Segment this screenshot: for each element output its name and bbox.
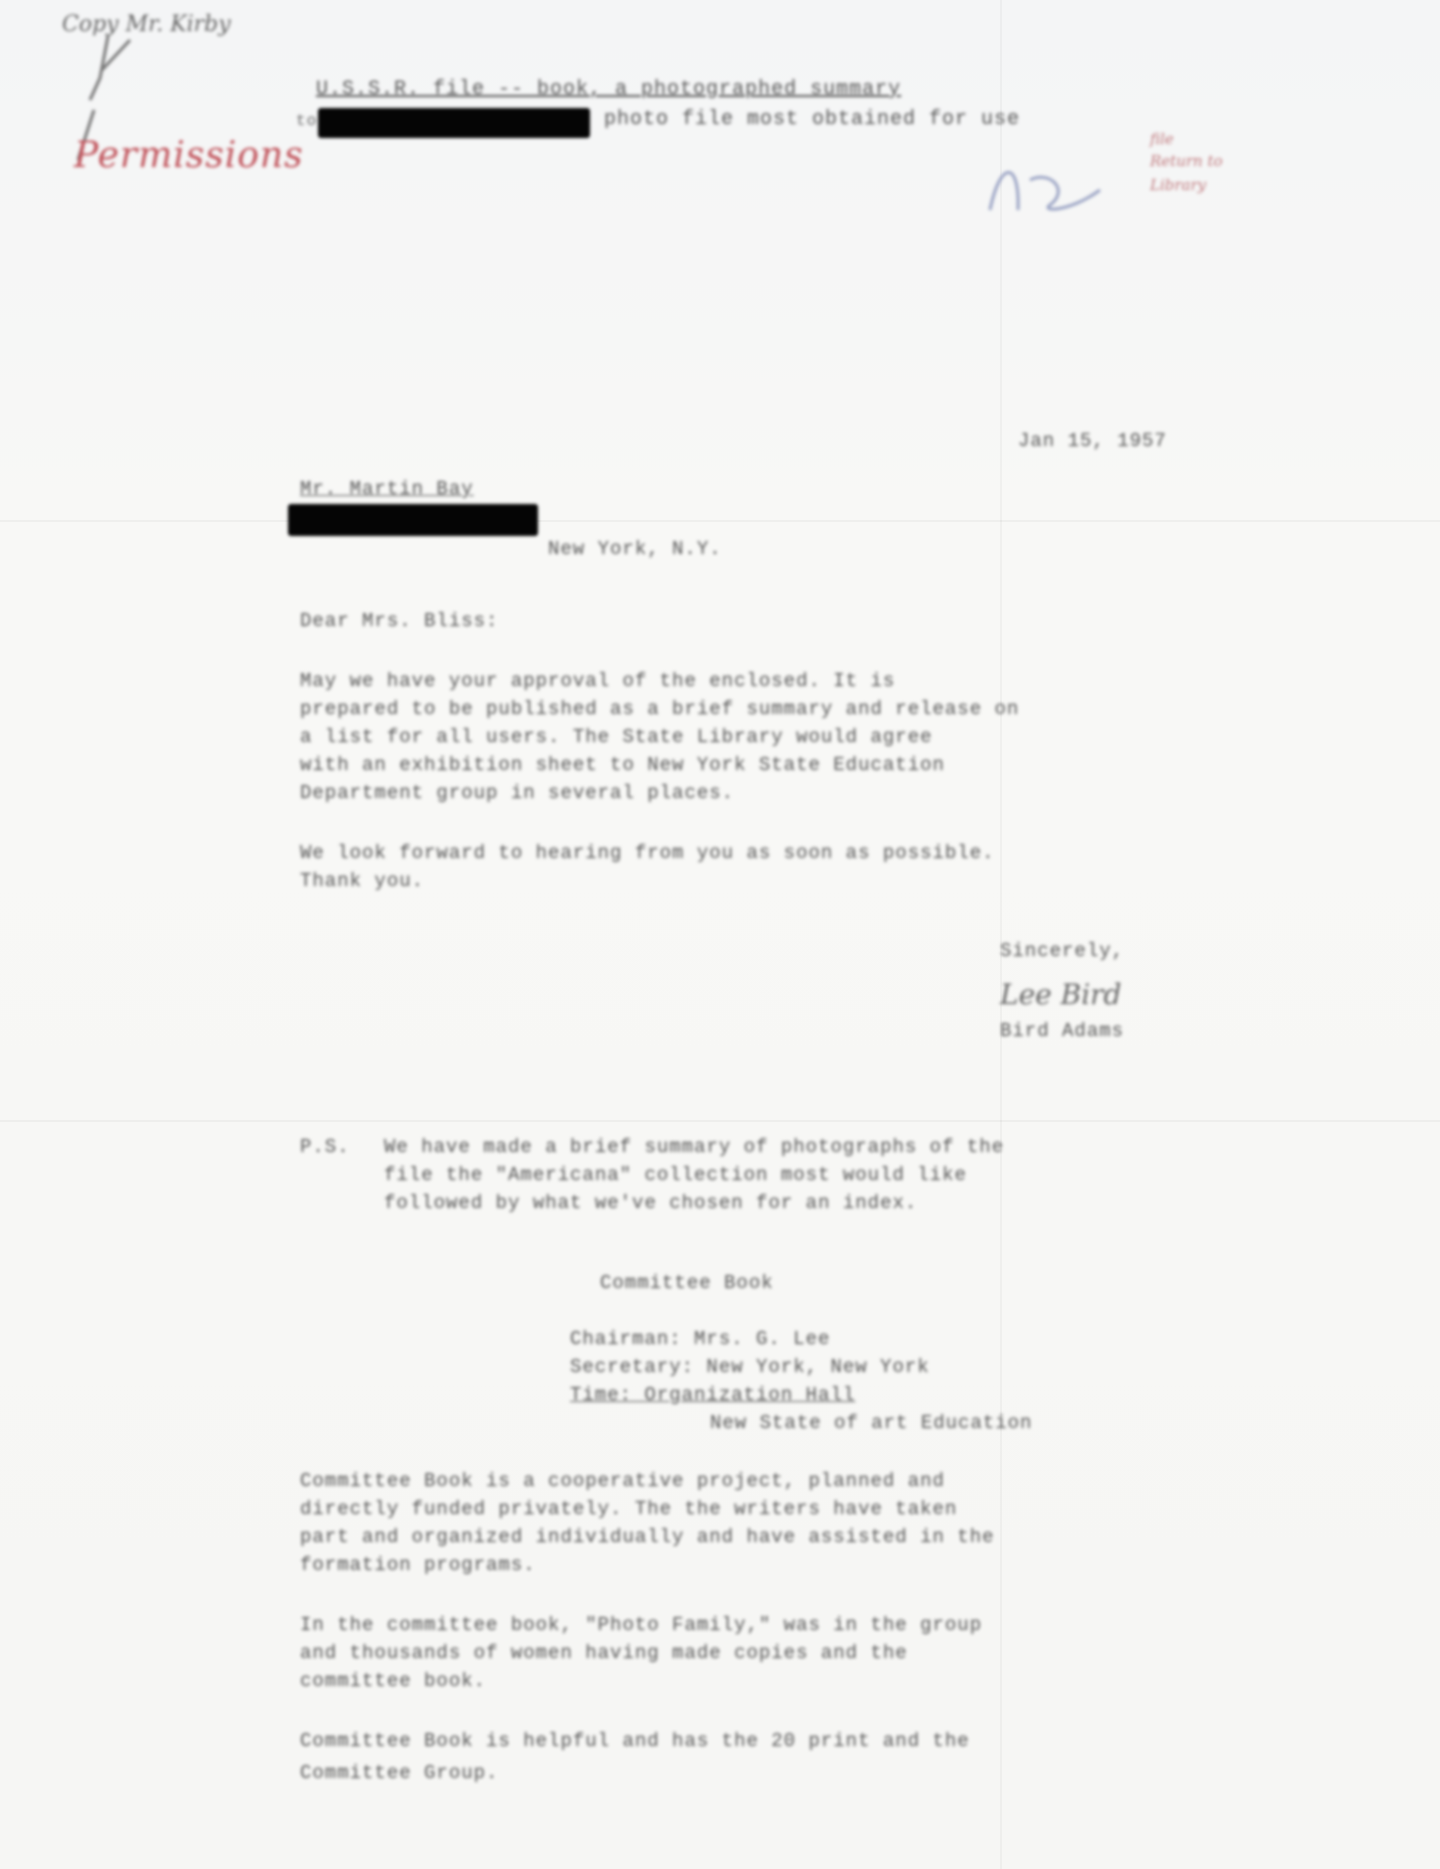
red-note-right-1: file (1150, 130, 1174, 148)
handwritten-initials (980, 150, 1120, 230)
signature: Lee Bird (1000, 978, 1121, 1011)
postscript-line: We have made a brief summary of photogra… (384, 1136, 1004, 1158)
ps-body-line: Committee Book is helpful and has the 20… (300, 1730, 970, 1752)
postscript-label: P.S. (300, 1136, 350, 1158)
block-line: New State of art Education (710, 1412, 1032, 1434)
recipient-address: New York, N.Y. (548, 538, 722, 560)
block-line: Secretary: New York, New York (570, 1356, 930, 1378)
closing: Sincerely, (1000, 940, 1124, 962)
redaction-bar (288, 504, 538, 536)
postscript-line: followed by what we've chosen for an ind… (384, 1192, 917, 1214)
red-handwritten-note: Permissions (74, 135, 304, 176)
signer-name: Bird Adams (1000, 1020, 1124, 1042)
ps-body-line: Committee Book is a cooperative project,… (300, 1470, 945, 1492)
header-prefix: to (296, 112, 317, 130)
salutation: Dear Mrs. Bliss: (300, 610, 498, 632)
ps-body-line: directly funded privately. The the write… (300, 1498, 957, 1520)
red-note-right-3: Library (1150, 176, 1206, 194)
block-title: Committee Book (600, 1272, 774, 1294)
red-note-right-2: Return to (1150, 152, 1223, 170)
body-line: with an exhibition sheet to New York Sta… (300, 754, 945, 776)
body-line: Department group in several places. (300, 782, 734, 804)
ps-body-line: In the committee book, "Photo Family," w… (300, 1614, 982, 1636)
header-line-2: photo file most obtained for use (604, 108, 1020, 131)
paper-fold (1000, 0, 1002, 1869)
ps-body-line: formation programs. (300, 1554, 536, 1576)
block-line: Chairman: Mrs. G. Lee (570, 1328, 830, 1350)
block-line: Time: Organization Hall (570, 1384, 855, 1406)
ps-body-line: and thousands of women having made copie… (300, 1642, 908, 1664)
body-line: We look forward to hearing from you as s… (300, 842, 995, 864)
body-line: prepared to be published as a brief summ… (300, 698, 1019, 720)
body-line: May we have your approval of the enclose… (300, 670, 895, 692)
body-line: a list for all users. The State Library … (300, 726, 933, 748)
ps-body-line: committee book. (300, 1670, 486, 1692)
scanned-letter-page: Copy Mr. Kirby U.S.S.R. file -- book, a … (0, 0, 1440, 1869)
recipient-name: Mr. Martin Bay (300, 478, 474, 500)
body-line: Thank you. (300, 870, 424, 892)
letter-date: Jan 15, 1957 (1018, 430, 1167, 452)
ps-body-line: part and organized individually and have… (300, 1526, 995, 1548)
header-line-1: U.S.S.R. file -- book, a photographed su… (316, 78, 901, 101)
ps-body-line: Committee Group. (300, 1762, 498, 1784)
paper-fold (0, 520, 1440, 522)
postscript-line: file the "Americana" collection most wou… (384, 1164, 967, 1186)
paper-fold (0, 1120, 1440, 1122)
redaction-bar (318, 108, 590, 138)
